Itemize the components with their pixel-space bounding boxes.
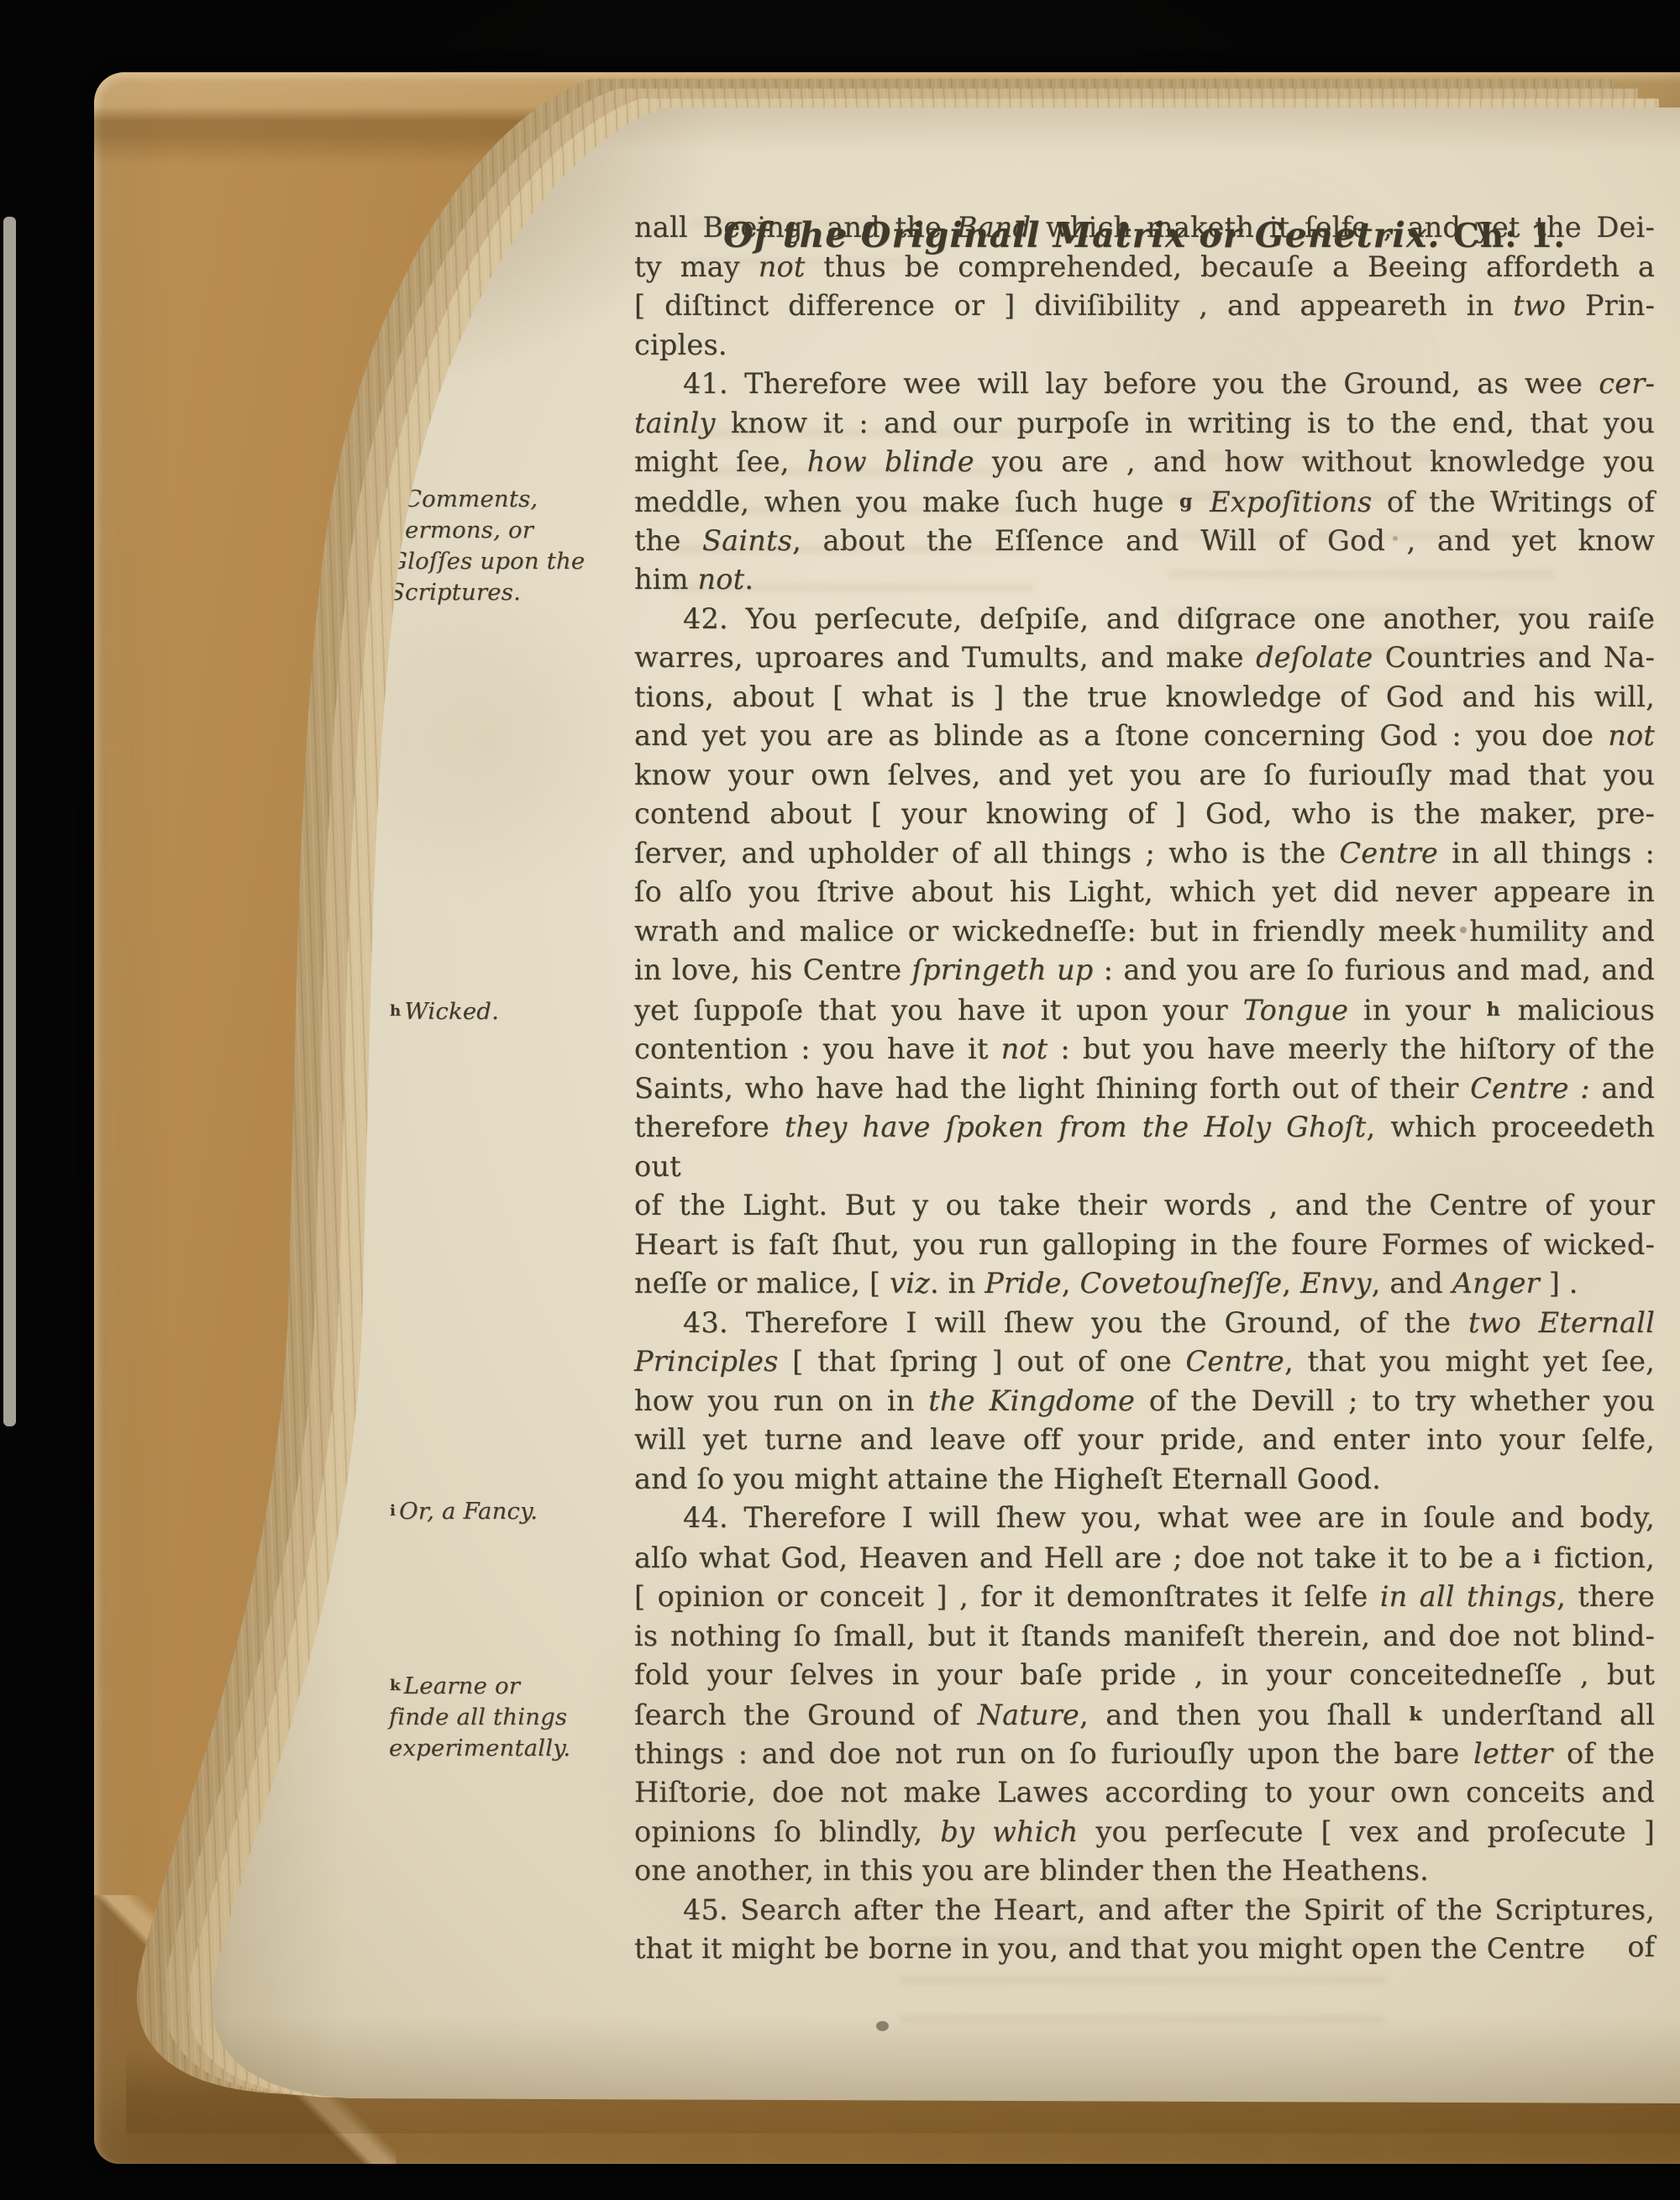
- margin-note-line: kLearne or: [389, 1670, 591, 1702]
- body-text-line: of the Light. But y ou take their words …: [634, 1186, 1655, 1226]
- body-text-line: contention : you have it not : but you h…: [634, 1030, 1655, 1069]
- body-text-line: 45. Search after the Heart, and after th…: [634, 1891, 1655, 1930]
- margin-note-line: iOr, a Fancy.: [389, 1495, 591, 1527]
- margin-note: kLearne orfinde all thingsexperimentally…: [389, 1670, 591, 1764]
- body-text-line: wrath and malice or wickedneſſe: but in …: [634, 912, 1655, 952]
- ink-speck: [1393, 536, 1398, 541]
- margin-note-line: gComments,: [389, 483, 591, 515]
- body-text-line: and ſo you might attaine the Higheſt Ete…: [634, 1460, 1655, 1499]
- body-text-line: nall Beeing, and the Band which maketh i…: [634, 208, 1655, 248]
- background-page-sliver: [3, 217, 16, 1426]
- body-text-line: yet ſuppoſe that you have it upon your T…: [634, 990, 1655, 1030]
- margin-note-line: Gloſſes upon the: [389, 546, 591, 577]
- margin-note-line: experimentally.: [389, 1733, 591, 1764]
- body-text-line: [ diſtinct difference or ] diviſibility …: [634, 286, 1655, 326]
- body-text-line: Hiſtorie, doe not make Lawes according t…: [634, 1773, 1655, 1813]
- body-text-line: in love, his Centre ſpringeth up : and y…: [634, 951, 1655, 990]
- body-text-line: ſerver, and upholder of all things ; who…: [634, 834, 1655, 874]
- body-text-line: might ſee, how blinde you are , and how …: [634, 443, 1655, 482]
- body-text-line: one another, in this you are blinder the…: [634, 1851, 1655, 1891]
- margin-note-line: Scriptures.: [389, 577, 591, 608]
- margin-note-line: finde all things: [389, 1702, 591, 1733]
- body-text-column: nall Beeing, and the Band which maketh i…: [634, 208, 1655, 1969]
- body-text-line: contend about [ your knowing of ] God, w…: [634, 795, 1655, 834]
- body-text-line: Heart is faſt ſhut, you run galloping in…: [634, 1226, 1655, 1265]
- body-text-line: Saints, who have had the light ſhining f…: [634, 1069, 1655, 1109]
- margin-note: gComments,Sermons, orGloſſes upon theScr…: [389, 483, 591, 608]
- body-text-line: neſſe or malice, [ viz. in Pride, Coveto…: [634, 1264, 1655, 1304]
- body-text-line: the Saints, about the Eſſence and Will o…: [634, 522, 1655, 561]
- margin-note-line: Sermons, or: [389, 515, 591, 546]
- body-text-line: [ opinion or conceit ] , for it demonſtr…: [634, 1578, 1655, 1617]
- body-text-line: him not.: [634, 560, 1655, 600]
- body-text-line: how you run on in the Kingdome of the De…: [634, 1382, 1655, 1421]
- body-text-line: tainly know it : and our purpoſe in writ…: [634, 404, 1655, 444]
- body-text-line: will yet turne and leave off your pride,…: [634, 1420, 1655, 1460]
- body-text-line: things : and doe not run on ſo furiouſly…: [634, 1735, 1655, 1774]
- ink-speck: [876, 2021, 889, 2031]
- body-text-line: ſo alſo you ſtrive about his Light, whic…: [634, 873, 1655, 912]
- body-text-line: 43. Therefore I will ſhew you the Ground…: [634, 1304, 1655, 1343]
- body-text-line: fold your ſelves in your baſe pride , in…: [634, 1656, 1655, 1695]
- margin-note: hWicked.: [389, 995, 591, 1027]
- body-text-line: and yet you are as blinde as a ſtone con…: [634, 717, 1655, 756]
- body-text-line: meddle, when you make ſuch huge g Expoſi…: [634, 482, 1655, 522]
- body-text-line: is nothing ſo ſmall, but it ſtands manif…: [634, 1617, 1655, 1657]
- margin-note-line: hWicked.: [389, 995, 591, 1027]
- body-text-line: 41. Therefore wee will lay before you th…: [634, 365, 1655, 404]
- body-text-line: ſearch the Ground of Nature, and then yo…: [634, 1695, 1655, 1735]
- body-text-line: Principles [ that ſpring ] out of one Ce…: [634, 1342, 1655, 1382]
- body-text-line: opinions ſo blindly, by which you perſec…: [634, 1813, 1655, 1852]
- margin-note: iOr, a Fancy.: [389, 1495, 591, 1527]
- body-text-line: tions, about [ what is ] the true knowle…: [634, 678, 1655, 717]
- body-text-line: 42. You perſecute, deſpiſe, and diſgrace…: [634, 600, 1655, 639]
- body-text-line: ty may not thus be comprehended, becauſe…: [634, 248, 1655, 287]
- catchword-row: of: [634, 1930, 1655, 1963]
- body-text-line: know your own ſelves, and yet you are ſo…: [634, 756, 1655, 795]
- body-text-line: alſo what God, Heaven and Hell are ; doe…: [634, 1538, 1655, 1578]
- body-text-line: 44. Therefore I will ſhew you, what wee …: [634, 1499, 1655, 1538]
- body-text-line: ciples.: [634, 326, 1655, 365]
- photograph-background: 10 Of the Originall Matrix or Genetrix. …: [0, 0, 1680, 2200]
- body-text-line: therefore they have ſpoken from the Holy…: [634, 1108, 1655, 1186]
- ink-speck: [1460, 927, 1467, 933]
- catchword: of: [1627, 1930, 1655, 1963]
- body-text-line: warres, uproares and Tumults, and make d…: [634, 638, 1655, 678]
